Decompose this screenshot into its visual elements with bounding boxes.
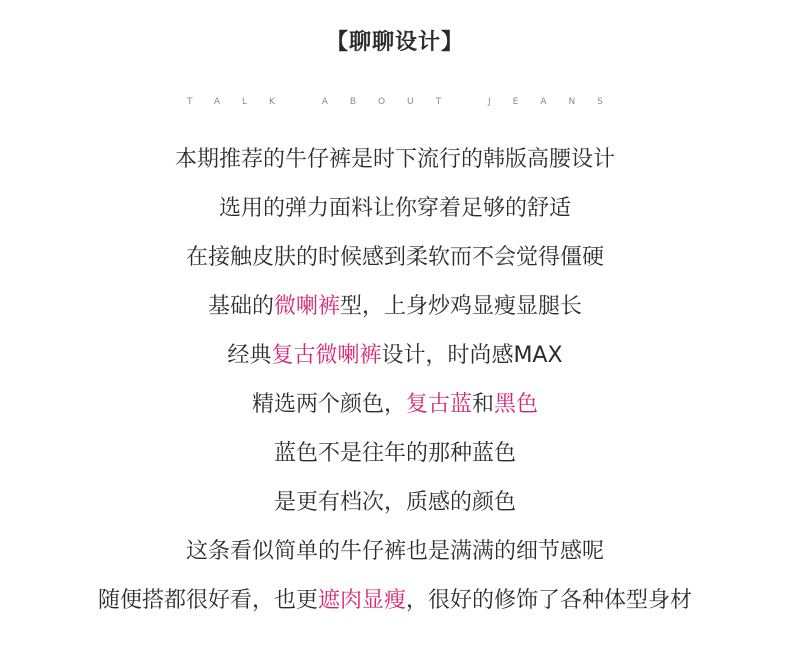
description-line: 是更有档次，质感的颜色 bbox=[0, 488, 790, 537]
description-body: 本期推荐的牛仔裤是时下流行的韩版高腰设计 选用的弹力面料让你穿着足够的舒适 在接… bbox=[0, 145, 790, 635]
description-line: 选用的弹力面料让你穿着足够的舒适 bbox=[0, 194, 790, 243]
text-segment: 基础的 bbox=[208, 294, 274, 319]
highlight-text: 黑色 bbox=[494, 392, 538, 417]
text-segment: 和 bbox=[472, 392, 494, 417]
text-segment: 是更有档次，质感的颜色 bbox=[274, 490, 516, 515]
description-line: 蓝色不是往年的那种蓝色 bbox=[0, 439, 790, 488]
description-line: 随便搭都很好看，也更遮肉显瘦，很好的修饰了各种体型身材 bbox=[0, 586, 790, 635]
description-line: 基础的微喇裤型，上身炒鸡显瘦显腿长 bbox=[0, 292, 790, 341]
description-line: 精选两个颜色，复古蓝和黑色 bbox=[0, 390, 790, 439]
highlight-text: 复古蓝 bbox=[406, 392, 472, 417]
text-segment: 在接触皮肤的时候感到柔软而不会觉得僵硬 bbox=[186, 245, 604, 270]
text-segment: 选用的弹力面料让你穿着足够的舒适 bbox=[219, 196, 571, 221]
highlight-text: 微喇裤 bbox=[274, 294, 340, 319]
text-segment: 这条看似简单的牛仔裤也是满满的细节感呢 bbox=[186, 539, 604, 564]
text-segment: 设计，时尚感MAX bbox=[381, 343, 562, 368]
text-segment: 随便搭都很好看，也更 bbox=[98, 588, 318, 613]
description-line: 经典复古微喇裤设计，时尚感MAX bbox=[0, 341, 790, 390]
section-title: 【聊聊设计】 bbox=[0, 29, 790, 57]
text-segment: 经典 bbox=[227, 343, 271, 368]
text-segment: ，很好的修饰了各种体型身材 bbox=[406, 588, 692, 613]
highlight-text: 遮肉显瘦 bbox=[318, 588, 406, 613]
description-line: 这条看似简单的牛仔裤也是满满的细节感呢 bbox=[0, 537, 790, 586]
section-subtitle: TALK ABOUT JEANS bbox=[0, 96, 790, 108]
text-segment: 精选两个颜色， bbox=[252, 392, 406, 417]
description-line: 本期推荐的牛仔裤是时下流行的韩版高腰设计 bbox=[0, 145, 790, 194]
description-line: 在接触皮肤的时候感到柔软而不会觉得僵硬 bbox=[0, 243, 790, 292]
text-segment: 本期推荐的牛仔裤是时下流行的韩版高腰设计 bbox=[175, 147, 615, 172]
text-segment: 蓝色不是往年的那种蓝色 bbox=[274, 441, 516, 466]
text-segment: 型，上身炒鸡显瘦显腿长 bbox=[340, 294, 582, 319]
highlight-text: 复古微喇裤 bbox=[271, 343, 381, 368]
